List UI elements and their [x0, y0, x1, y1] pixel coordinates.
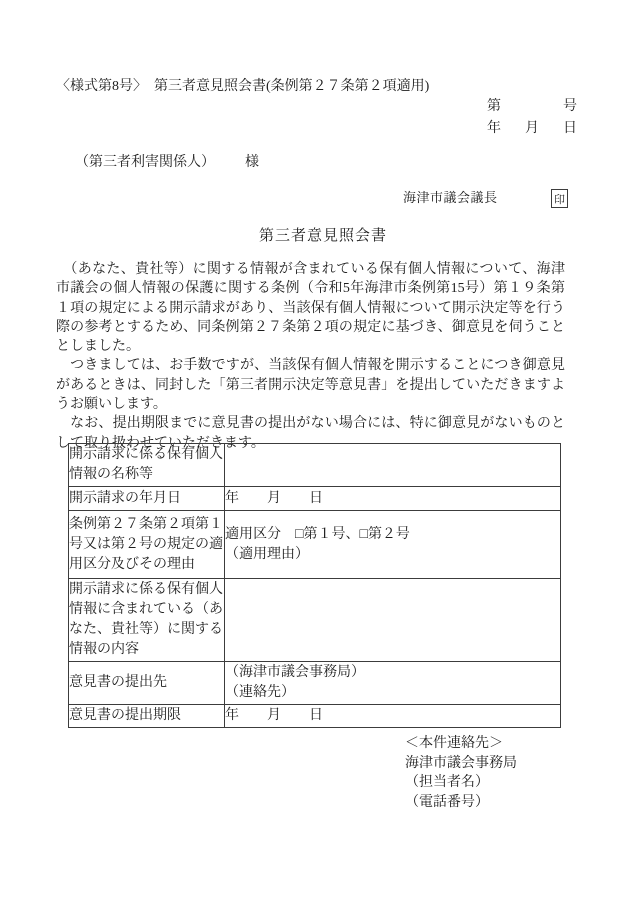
submission-destination-line-2: （連絡先）: [225, 683, 560, 703]
checkbox-icon: □: [359, 527, 367, 542]
row-value: （海津市議会事務局） （連絡先）: [225, 662, 561, 705]
doc-no-suffix: 号: [563, 96, 577, 118]
row-label: 開示請求の年月日: [69, 487, 225, 511]
table-row-submission-destination: 意見書の提出先 （海津市議会事務局） （連絡先）: [69, 662, 561, 705]
addressee: （第三者利害関係人）: [75, 155, 215, 170]
doc-number-line: 第 号: [487, 96, 577, 118]
row-value: [225, 444, 561, 487]
doc-number-block: 第 号 年 月 日: [487, 96, 577, 140]
applicable-reason-line: （適用理由）: [225, 545, 560, 565]
row-value: [225, 579, 561, 662]
form-style-line: 〈様式第8号〉 第三者意見照会書(条例第２７条第２項適用): [56, 75, 429, 95]
contact-block: ＜本件連絡先＞ 海津市議会事務局 （担当者名） （電話番号）: [405, 734, 517, 812]
doc-no-prefix: 第: [487, 96, 501, 118]
body-paragraph-1: （あなた、貴社等）に関する情報が含まれている保有個人情報について、海津市議会の個…: [56, 260, 565, 356]
category-option-1: 第１号、: [303, 527, 359, 542]
date-year-label: 年: [487, 118, 501, 140]
contact-heading: ＜本件連絡先＞: [405, 734, 517, 754]
contact-office: 海津市議会事務局: [405, 754, 517, 774]
seal-mark: 印: [554, 191, 565, 207]
addressee-honorific: 様: [245, 155, 259, 170]
table-row-info-name: 開示請求に係る保有個人情報の名称等: [69, 444, 561, 487]
contact-person-line: （担当者名）: [405, 773, 517, 793]
row-value: 年 月 日: [225, 705, 561, 728]
table-row-request-date: 開示請求の年月日 年 月 日: [69, 487, 561, 511]
category-option-2: 第２号: [368, 527, 410, 542]
row-label: 意見書の提出期限: [69, 705, 225, 728]
contact-phone-line: （電話番号）: [405, 793, 517, 813]
body-paragraph-2: つきましては、お手数ですが、当該保有個人情報を開示することにつき御意見があるとき…: [56, 356, 565, 414]
submission-destination-line-1: （海津市議会事務局）: [225, 663, 560, 683]
date-line: 年 月 日: [487, 118, 577, 140]
row-label: 開示請求に係る保有個人情報に含まれている（あなた、貴社等）に関する情報の内容: [69, 579, 225, 662]
row-label: 条例第２７条第２項第１号又は第２号の規定の適用区分及びその理由: [69, 511, 225, 579]
document-title: 第三者意見照会書: [56, 224, 590, 245]
table-row-info-content: 開示請求に係る保有個人情報に含まれている（あなた、貴社等）に関する情報の内容: [69, 579, 561, 662]
row-label: 開示請求に係る保有個人情報の名称等: [69, 444, 225, 487]
addressee-line: （第三者利害関係人）様: [75, 151, 259, 171]
date-month-label: 月: [525, 118, 539, 140]
row-label: 意見書の提出先: [69, 662, 225, 705]
table-row-applicable-category: 条例第２７条第２項第１号又は第２号の規定の適用区分及びその理由 適用区分 □第１…: [69, 511, 561, 579]
row-value: 適用区分 □第１号、□第２号 （適用理由）: [225, 511, 561, 579]
date-day-label: 日: [563, 118, 577, 140]
row-value: 年 月 日: [225, 487, 561, 511]
body-text: （あなた、貴社等）に関する情報が含まれている保有個人情報について、海津市議会の個…: [56, 260, 565, 453]
seal-box: 印: [551, 189, 568, 208]
applicable-category-line: 適用区分 □第１号、□第２号: [225, 525, 560, 545]
issuer-line: 海津市議会議長: [403, 187, 498, 206]
category-prefix: 適用区分: [225, 527, 295, 542]
document-page: 〈様式第8号〉 第三者意見照会書(条例第２７条第２項適用) 第 号 年 月 日 …: [0, 0, 630, 903]
table-row-submission-deadline: 意見書の提出期限 年 月 日: [69, 705, 561, 728]
disclosure-form-table: 開示請求に係る保有個人情報の名称等 開示請求の年月日 年 月 日 条例第２７条第…: [68, 443, 561, 728]
